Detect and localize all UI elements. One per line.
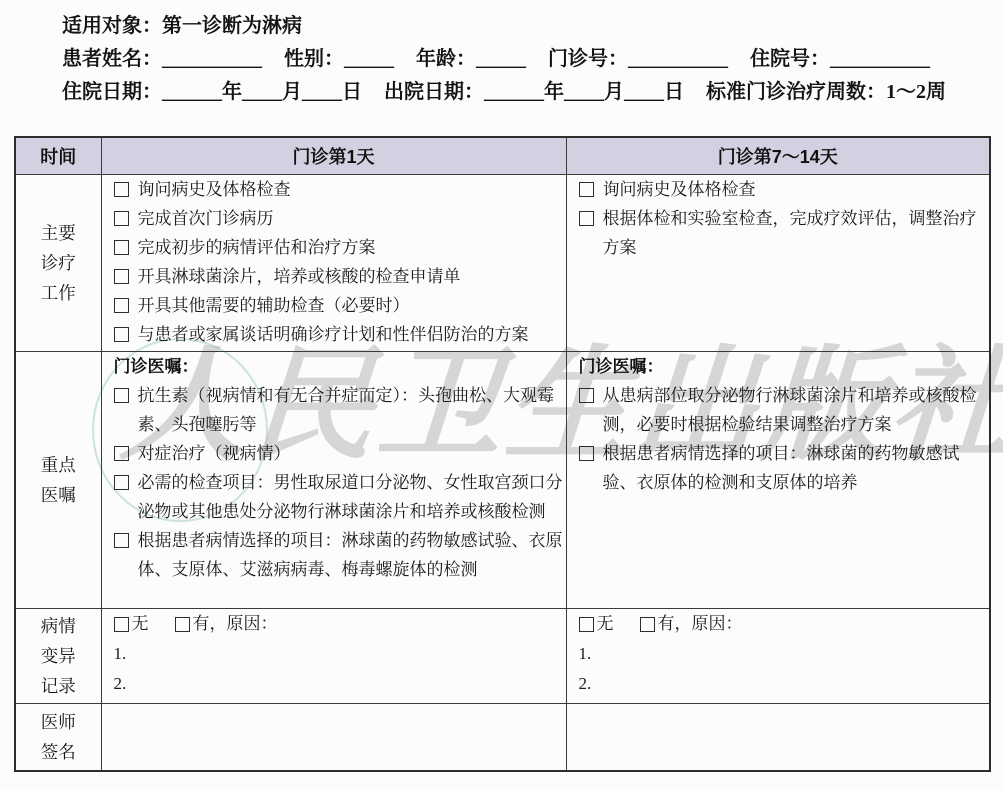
variation-options: 无 有，原因： [567,609,990,639]
standard-treatment-weeks: 标准门诊治疗周数：1～2周 [706,76,946,109]
form-header: 适用对象：第一诊断为淋病 患者姓名：__________ 性别：_____ 年龄… [62,10,946,109]
row-label-line: 主要 [16,218,101,248]
row-variation-record: 病情 变异 记录 无 有，原因： 1. 2. 无 有，原因： 1. 2. [15,608,990,703]
option-yes-reason: 有，原因： [640,609,743,639]
checklist-item: 完成首次门诊病历 [102,204,566,233]
discharge-date-field: 出院日期：______年____月____日 [384,76,684,109]
orders-heading: 门诊医嘱： [567,352,990,381]
row-main-work: 主要 诊疗 工作 询问病史及体格检查 完成首次门诊病历 完成初步的病情评估和治疗… [15,174,990,351]
checkbox-icon [579,446,594,461]
row-label-line: 医嘱 [16,480,101,510]
row-key-orders: 重点 医嘱 门诊医嘱： 抗生素（视病情和有无合并症而定）：头孢曲松、大观霉素、头… [15,351,990,608]
clinical-pathway-table: 时间 门诊第1天 门诊第7～14天 主要 诊疗 工作 询问病史及体格检查 完成首… [14,136,991,772]
col-header-time: 时间 [15,137,101,174]
checkbox-icon [114,533,129,548]
reason-line-2: 2. [102,669,566,699]
checklist-item: 开具其他需要的辅助检查（必要时） [102,291,566,320]
checklist-item: 询问病史及体格检查 [102,175,566,204]
checkbox-icon [114,182,129,197]
main-work-day7-14-cell: 询问病史及体格检查 根据体检和实验室检查，完成疗效评估，调整治疗方案 [566,174,990,351]
row-label-key-orders: 重点 医嘱 [15,351,101,608]
dates-line: 住院日期：______年____月____日 出院日期：______年____月… [62,76,946,109]
applicable-subject-text: 适用对象：第一诊断为淋病 [62,10,302,43]
key-orders-day7-14-cell: 门诊医嘱： 从患病部位取分泌物行淋球菌涂片和培养或核酸检测，必要时根据检验结果调… [566,351,990,608]
variation-options: 无 有，原因： [102,609,566,639]
option-yes-reason: 有，原因： [175,609,278,639]
gender-blank: _____ [344,48,394,70]
gender-field: 性别：_____ [284,43,394,76]
checklist-item: 对症治疗（视病情） [102,439,566,468]
checkbox-icon [114,327,129,342]
row-physician-signature: 医师 签名 [15,703,990,771]
row-label-variation-record: 病情 变异 记录 [15,608,101,703]
checkbox-icon [579,182,594,197]
outpatient-no-blank: __________ [628,48,728,70]
col-header-day7-14: 门诊第7～14天 [566,137,990,174]
signature-day7-14-cell [566,703,990,771]
gender-label: 性别： [284,48,344,70]
checklist-item: 完成初步的病情评估和治疗方案 [102,233,566,262]
checkbox-icon [114,298,129,313]
checklist-item: 与患者或家属谈话明确诊疗计划和性伴侣防治的方案 [102,320,566,349]
row-label-line: 重点 [16,450,101,480]
checkbox-icon [175,617,190,632]
checkbox-icon [114,240,129,255]
table-header-row: 时间 门诊第1天 门诊第7～14天 [15,137,990,174]
patient-name-label: 患者姓名： [62,48,162,70]
checklist-item: 开具淋球菌涂片，培养或核酸的检查申请单 [102,262,566,291]
checkbox-icon [114,446,129,461]
checkbox-icon [579,617,594,632]
checkbox-icon [640,617,655,632]
row-label-line: 签名 [16,737,101,767]
patient-name-field: 患者姓名：__________ [62,43,262,76]
reason-line-1: 1. [567,639,990,669]
row-label-line: 工作 [16,278,101,308]
outpatient-no-label: 门诊号： [548,48,628,70]
checklist-item: 必需的检查项目：男性取尿道口分泌物、女性取宫颈口分泌物或其他患处分泌物行淋球菌涂… [102,468,566,526]
checklist-item: 从患病部位取分泌物行淋球菌涂片和培养或核酸检测，必要时根据检验结果调整治疗方案 [567,381,990,439]
patient-info-line: 患者姓名：__________ 性别：_____ 年龄：_____ 门诊号：__… [62,43,946,76]
signature-day1-cell [101,703,566,771]
checklist-item: 询问病史及体格检查 [567,175,990,204]
hospital-no-field: 住院号：__________ [750,43,930,76]
age-field: 年龄：_____ [416,43,526,76]
checklist-item: 抗生素（视病情和有无合并症而定）：头孢曲松、大观霉素、头孢噻肟等 [102,381,566,439]
checkbox-icon [114,475,129,490]
row-label-line: 诊疗 [16,248,101,278]
col-header-day1: 门诊第1天 [101,137,566,174]
orders-heading: 门诊医嘱： [102,352,566,381]
patient-name-blank: __________ [162,48,262,70]
hospital-no-blank: __________ [830,48,930,70]
hospital-no-label: 住院号： [750,48,830,70]
age-label: 年龄： [416,48,476,70]
row-label-line: 记录 [16,671,101,701]
reason-line-2: 2. [567,669,990,699]
outpatient-no-field: 门诊号：__________ [548,43,728,76]
reason-line-1: 1. [102,639,566,669]
age-blank: _____ [476,48,526,70]
checkbox-icon [114,617,129,632]
checkbox-icon [114,211,129,226]
row-label-line: 变异 [16,641,101,671]
checkbox-icon [579,211,594,226]
variation-day1-cell: 无 有，原因： 1. 2. [101,608,566,703]
variation-day7-14-cell: 无 有，原因： 1. 2. [566,608,990,703]
row-label-main-work: 主要 诊疗 工作 [15,174,101,351]
main-work-day1-cell: 询问病史及体格检查 完成首次门诊病历 完成初步的病情评估和治疗方案 开具淋球菌涂… [101,174,566,351]
checkbox-icon [579,388,594,403]
admission-date-field: 住院日期：______年____月____日 [62,76,362,109]
option-none: 无 [579,609,614,639]
applicable-subject-line: 适用对象：第一诊断为淋病 [62,10,946,43]
row-label-line: 病情 [16,611,101,641]
checklist-item: 根据患者病情选择的项目：淋球菌的药物敏感试验、衣原体、支原体、艾滋病病毒、梅毒螺… [102,526,566,584]
option-none: 无 [114,609,149,639]
row-label-physician-signature: 医师 签名 [15,703,101,771]
checklist-item: 根据体检和实验室检查，完成疗效评估，调整治疗方案 [567,204,990,262]
checkbox-icon [114,269,129,284]
document-page: 人民卫生出版社 适用对象：第一诊断为淋病 患者姓名：__________ 性别：… [0,0,1003,790]
row-label-line: 医师 [16,707,101,737]
checklist-item: 根据患者病情选择的项目：淋球菌的药物敏感试验、衣原体的检测和支原体的培养 [567,439,990,497]
checkbox-icon [114,388,129,403]
key-orders-day1-cell: 门诊医嘱： 抗生素（视病情和有无合并症而定）：头孢曲松、大观霉素、头孢噻肟等 对… [101,351,566,608]
